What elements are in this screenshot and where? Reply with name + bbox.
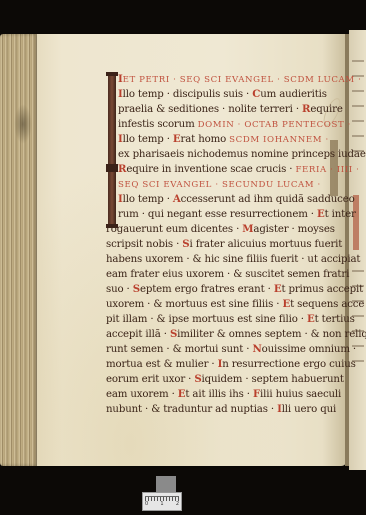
scale-label: 1: [160, 501, 163, 507]
red-capital: S: [194, 373, 201, 385]
red-capital: E: [282, 298, 290, 310]
text-segment: llo temp ·: [123, 194, 173, 205]
red-capital: E: [307, 313, 315, 325]
text-segment: eam frater eius uxorem · & suscitet seme…: [106, 269, 349, 280]
manuscript-line: eorum erit uxor · Siquidem · septem habu…: [106, 372, 346, 387]
measurement-scale-bar: 0 1 2: [142, 492, 182, 511]
red-capital: E: [317, 208, 325, 220]
manuscript-line: eam uxorem · Et ait illis ihs · Filii hu…: [106, 387, 346, 402]
manuscript-line: IET PETRI · SEQ SCI EVANGEL · SCDM LUCAM…: [106, 72, 346, 87]
text-segment: llo temp ·: [123, 134, 173, 145]
scale-label: 2: [176, 501, 179, 507]
manuscript-line: ex pharisaeis nichodemus nomine princeps…: [106, 147, 346, 162]
manuscript-line: scripsit nobis · Si frater alicuius mort…: [106, 237, 346, 252]
rubric-text: DOMIN · OCTAB PENTECOST ·: [198, 120, 351, 130]
text-segment: um audieritis: [260, 89, 327, 100]
text-segment: t inter: [325, 209, 356, 220]
red-capital: E: [173, 133, 181, 145]
red-capital: M: [242, 223, 253, 235]
book-fore-edge: [0, 34, 38, 466]
text-segment: t ait illis ihs ·: [185, 389, 253, 400]
rubric-text: SCDM IOHANNEM ·: [229, 135, 329, 145]
manuscript-line: nubunt · & traduntur ad nuptias · Illi u…: [106, 402, 346, 417]
rubric-text: FERIA · IIII ·: [295, 165, 359, 175]
text-segment: iquidem · septem habuerunt: [202, 374, 344, 385]
text-segment: t sequens acce: [290, 299, 364, 310]
text-segment: t tertius: [315, 314, 355, 325]
text-segment: uxorem · & mortuus est sine filiis ·: [106, 299, 282, 310]
text-segment: mortua est & mulier ·: [106, 359, 218, 370]
manuscript-line: rogauerunt eum dicentes · Magister · moy…: [106, 222, 346, 237]
text-segment: runt semen · & mortui sunt ·: [106, 344, 252, 355]
manuscript-line: pit illam · & ipse mortuus est sine fili…: [106, 312, 346, 327]
text-segment: rum · qui negant esse resurrectionem ·: [118, 209, 317, 220]
text-segment: i frater alicuius mortuus fuerit: [190, 239, 343, 250]
manuscript-text: IET PETRI · SEQ SCI EVANGEL · SCDM LUCAM…: [106, 72, 346, 417]
facing-page-edge: [349, 30, 366, 470]
text-segment: infestis scorum: [118, 119, 198, 130]
manuscript-line: Illo temp · discipulis suis · Cum audier…: [106, 87, 346, 102]
text-segment: nubunt · & traduntur ad nuptias ·: [106, 404, 277, 415]
text-segment: n resurrectione ergo cuius: [222, 359, 355, 370]
manuscript-line: Illo temp · Erat homo SCDM IOHANNEM ·: [106, 132, 346, 147]
red-capital: C: [252, 88, 260, 100]
text-segment: rat homo: [181, 134, 230, 145]
text-segment: t primus accepit: [281, 284, 363, 295]
manuscript-line: uxorem · & mortuus est sine filiis · Et …: [106, 297, 346, 312]
text-segment: scripsit nobis ·: [106, 239, 182, 250]
manuscript-line: Illo temp · Accesserunt ad ihm quidã sad…: [106, 192, 346, 207]
rubric-text: ET PETRI · SEQ SCI EVANGEL · SCDM LUCAM …: [123, 75, 362, 85]
manuscript-line: Require in inventione scae crucis · FERI…: [106, 162, 346, 177]
red-capital: N: [252, 343, 261, 355]
manuscript-line: rum · qui negant esse resurrectionem · E…: [106, 207, 346, 222]
text-segment: suo ·: [106, 284, 133, 295]
text-segment: equire in inventione scae crucis ·: [126, 164, 295, 175]
manuscript-line: praelia & seditiones · nolite terreri · …: [106, 102, 346, 117]
scale-label: 0: [145, 501, 148, 507]
red-capital: S: [182, 238, 189, 250]
text-segment: pit illam · & ipse mortuus est sine fili…: [106, 314, 307, 325]
manuscript-line: habens uxorem · & hic sine filiis fuerit…: [106, 252, 346, 267]
text-segment: ilii huius saeculi: [260, 389, 341, 400]
manuscript-line: eam frater eius uxorem · & suscitet seme…: [106, 267, 346, 282]
text-segment: praelia & seditiones · nolite terreri ·: [118, 104, 302, 115]
manuscript-line: SEQ SCI EVANGEL · SECUNDU LUCAM ·: [106, 177, 346, 192]
text-segment: eorum erit uxor ·: [106, 374, 194, 385]
manuscript-line: infestis scorum DOMIN · OCTAB PENTECOST …: [106, 117, 346, 132]
text-segment: habens uxorem · & hic sine filiis fuerit…: [106, 254, 360, 265]
text-segment: lli uero qui: [282, 404, 336, 415]
manuscript-line: runt semen · & mortui sunt · Nouissime o…: [106, 342, 346, 357]
manuscript-line: mortua est & mulier · In resurrectione e…: [106, 357, 346, 372]
red-capital: S: [133, 283, 140, 295]
red-capital: F: [253, 388, 260, 400]
text-segment: ccesserunt ad ihm quidã sadduceo: [181, 194, 355, 205]
text-segment: llo temp · discipulis suis ·: [123, 89, 253, 100]
text-segment: agister · moyses: [253, 224, 334, 235]
rubric-text: SEQ SCI EVANGEL · SECUNDU LUCAM ·: [118, 180, 321, 190]
manuscript-line: suo · Septem ergo fratres erant · Et pri…: [106, 282, 346, 297]
text-segment: eptem ergo fratres erant ·: [140, 284, 274, 295]
text-segment: equire: [310, 104, 342, 115]
text-segment: eam uxorem ·: [106, 389, 178, 400]
manuscript-line: accepit illã · Similiter & omnes septem …: [106, 327, 346, 342]
red-capital: A: [173, 193, 181, 205]
text-segment: ouissime omnium ·: [262, 344, 356, 355]
text-segment: rogauerunt eum dicentes ·: [106, 224, 242, 235]
text-segment: imiliter & omnes septem · & non relique: [177, 329, 366, 340]
text-segment: accepit illã ·: [106, 329, 170, 340]
text-segment: ex pharisaeis nichodemus nomine princeps…: [118, 149, 366, 160]
color-reference-tab: [156, 476, 176, 492]
